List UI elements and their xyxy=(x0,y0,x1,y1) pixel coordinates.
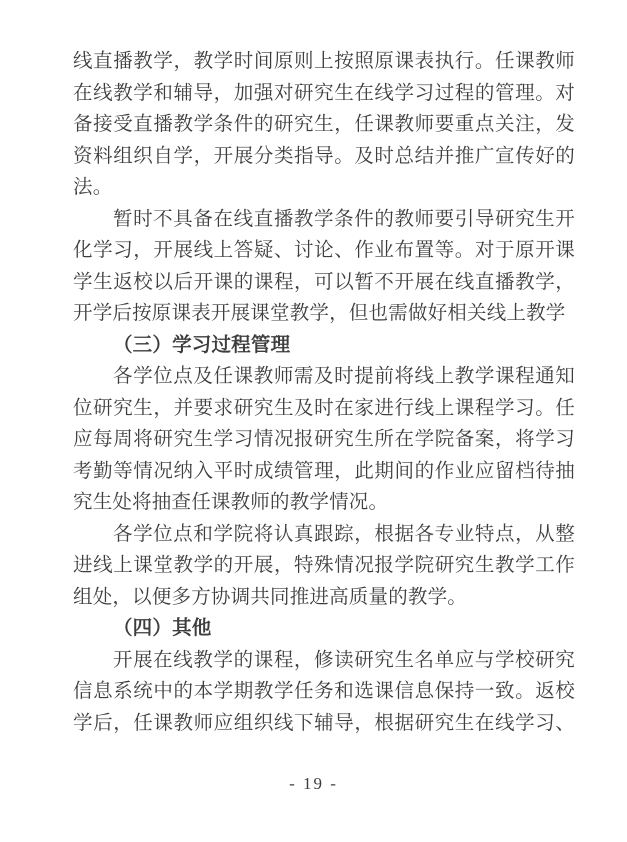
body-line: 开展在线教学的课程，修读研究生名单应与学校研究生管理 xyxy=(73,645,575,677)
body-line: 各学位点和学院将认真跟踪，根据各专业特点，从整体上推 xyxy=(73,519,575,551)
section-heading-4: （四）其他 xyxy=(73,613,575,645)
body-line: 应每周将研究生学习情况报研究生所在学院备案，将学习时间、 xyxy=(73,424,575,456)
page-number: - 19 - xyxy=(0,772,627,796)
text-block: 线直播教学，教学时间原则上按照原课表执行。任课教师要做好 在线教学和辅导，加强对… xyxy=(73,46,575,739)
body-line: 究生处将抽查任课教师的教学情况。 xyxy=(73,487,575,519)
body-line: 线直播教学，教学时间原则上按照原课表执行。任课教师要做好 xyxy=(73,46,575,78)
body-line: 备接受直播教学条件的研究生，任课教师要重点关注，发放电子 xyxy=(73,109,575,141)
body-line: 位研究生，并要求研究生及时在家进行线上课程学习。任课教师 xyxy=(73,393,575,425)
body-line: 进线上课堂教学的开展，特殊情况报学院研究生教学工作领导小 xyxy=(73,550,575,582)
section-heading-3: （三）学习过程管理 xyxy=(73,330,575,362)
body-line: 在线教学和辅导，加强对研究生在线学习过程的管理。对于不具 xyxy=(73,78,575,110)
body-line: 信息系统中的本学期教学任务和选课信息保持一致。返校课堂教 xyxy=(73,676,575,708)
body-line: 组处，以便多方协调共同推进高质量的教学。 xyxy=(73,582,575,614)
body-line: 化学习，开展线上答疑、讨论、作业布置等。对于原开课时间在 xyxy=(73,235,575,267)
body-line: 考勤等情况纳入平时成绩管理，此期间的作业应留档待抽查，研 xyxy=(73,456,575,488)
body-line: 法。 xyxy=(73,172,575,204)
document-page: 线直播教学，教学时间原则上按照原课表执行。任课教师要做好 在线教学和辅导，加强对… xyxy=(0,0,627,842)
body-line: 各学位点及任课教师需及时提前将线上教学课程通知到每一 xyxy=(73,361,575,393)
body-line: 学生返校以后开课的课程，可以暂不开展在线直播教学，待正式 xyxy=(73,267,575,299)
body-line: 开学后按原课表开展课堂教学，但也需做好相关线上教学准备。 xyxy=(73,298,575,330)
body-line: 资料组织自学，开展分类指导。及时总结并推广宣传好的经验做 xyxy=(73,141,575,173)
body-line: 暂时不具备在线直播教学条件的教师要引导研究生开展多样 xyxy=(73,204,575,236)
body-line: 学后，任课教师应组织线下辅导，根据研究生在线学习、知识点 xyxy=(73,708,575,740)
